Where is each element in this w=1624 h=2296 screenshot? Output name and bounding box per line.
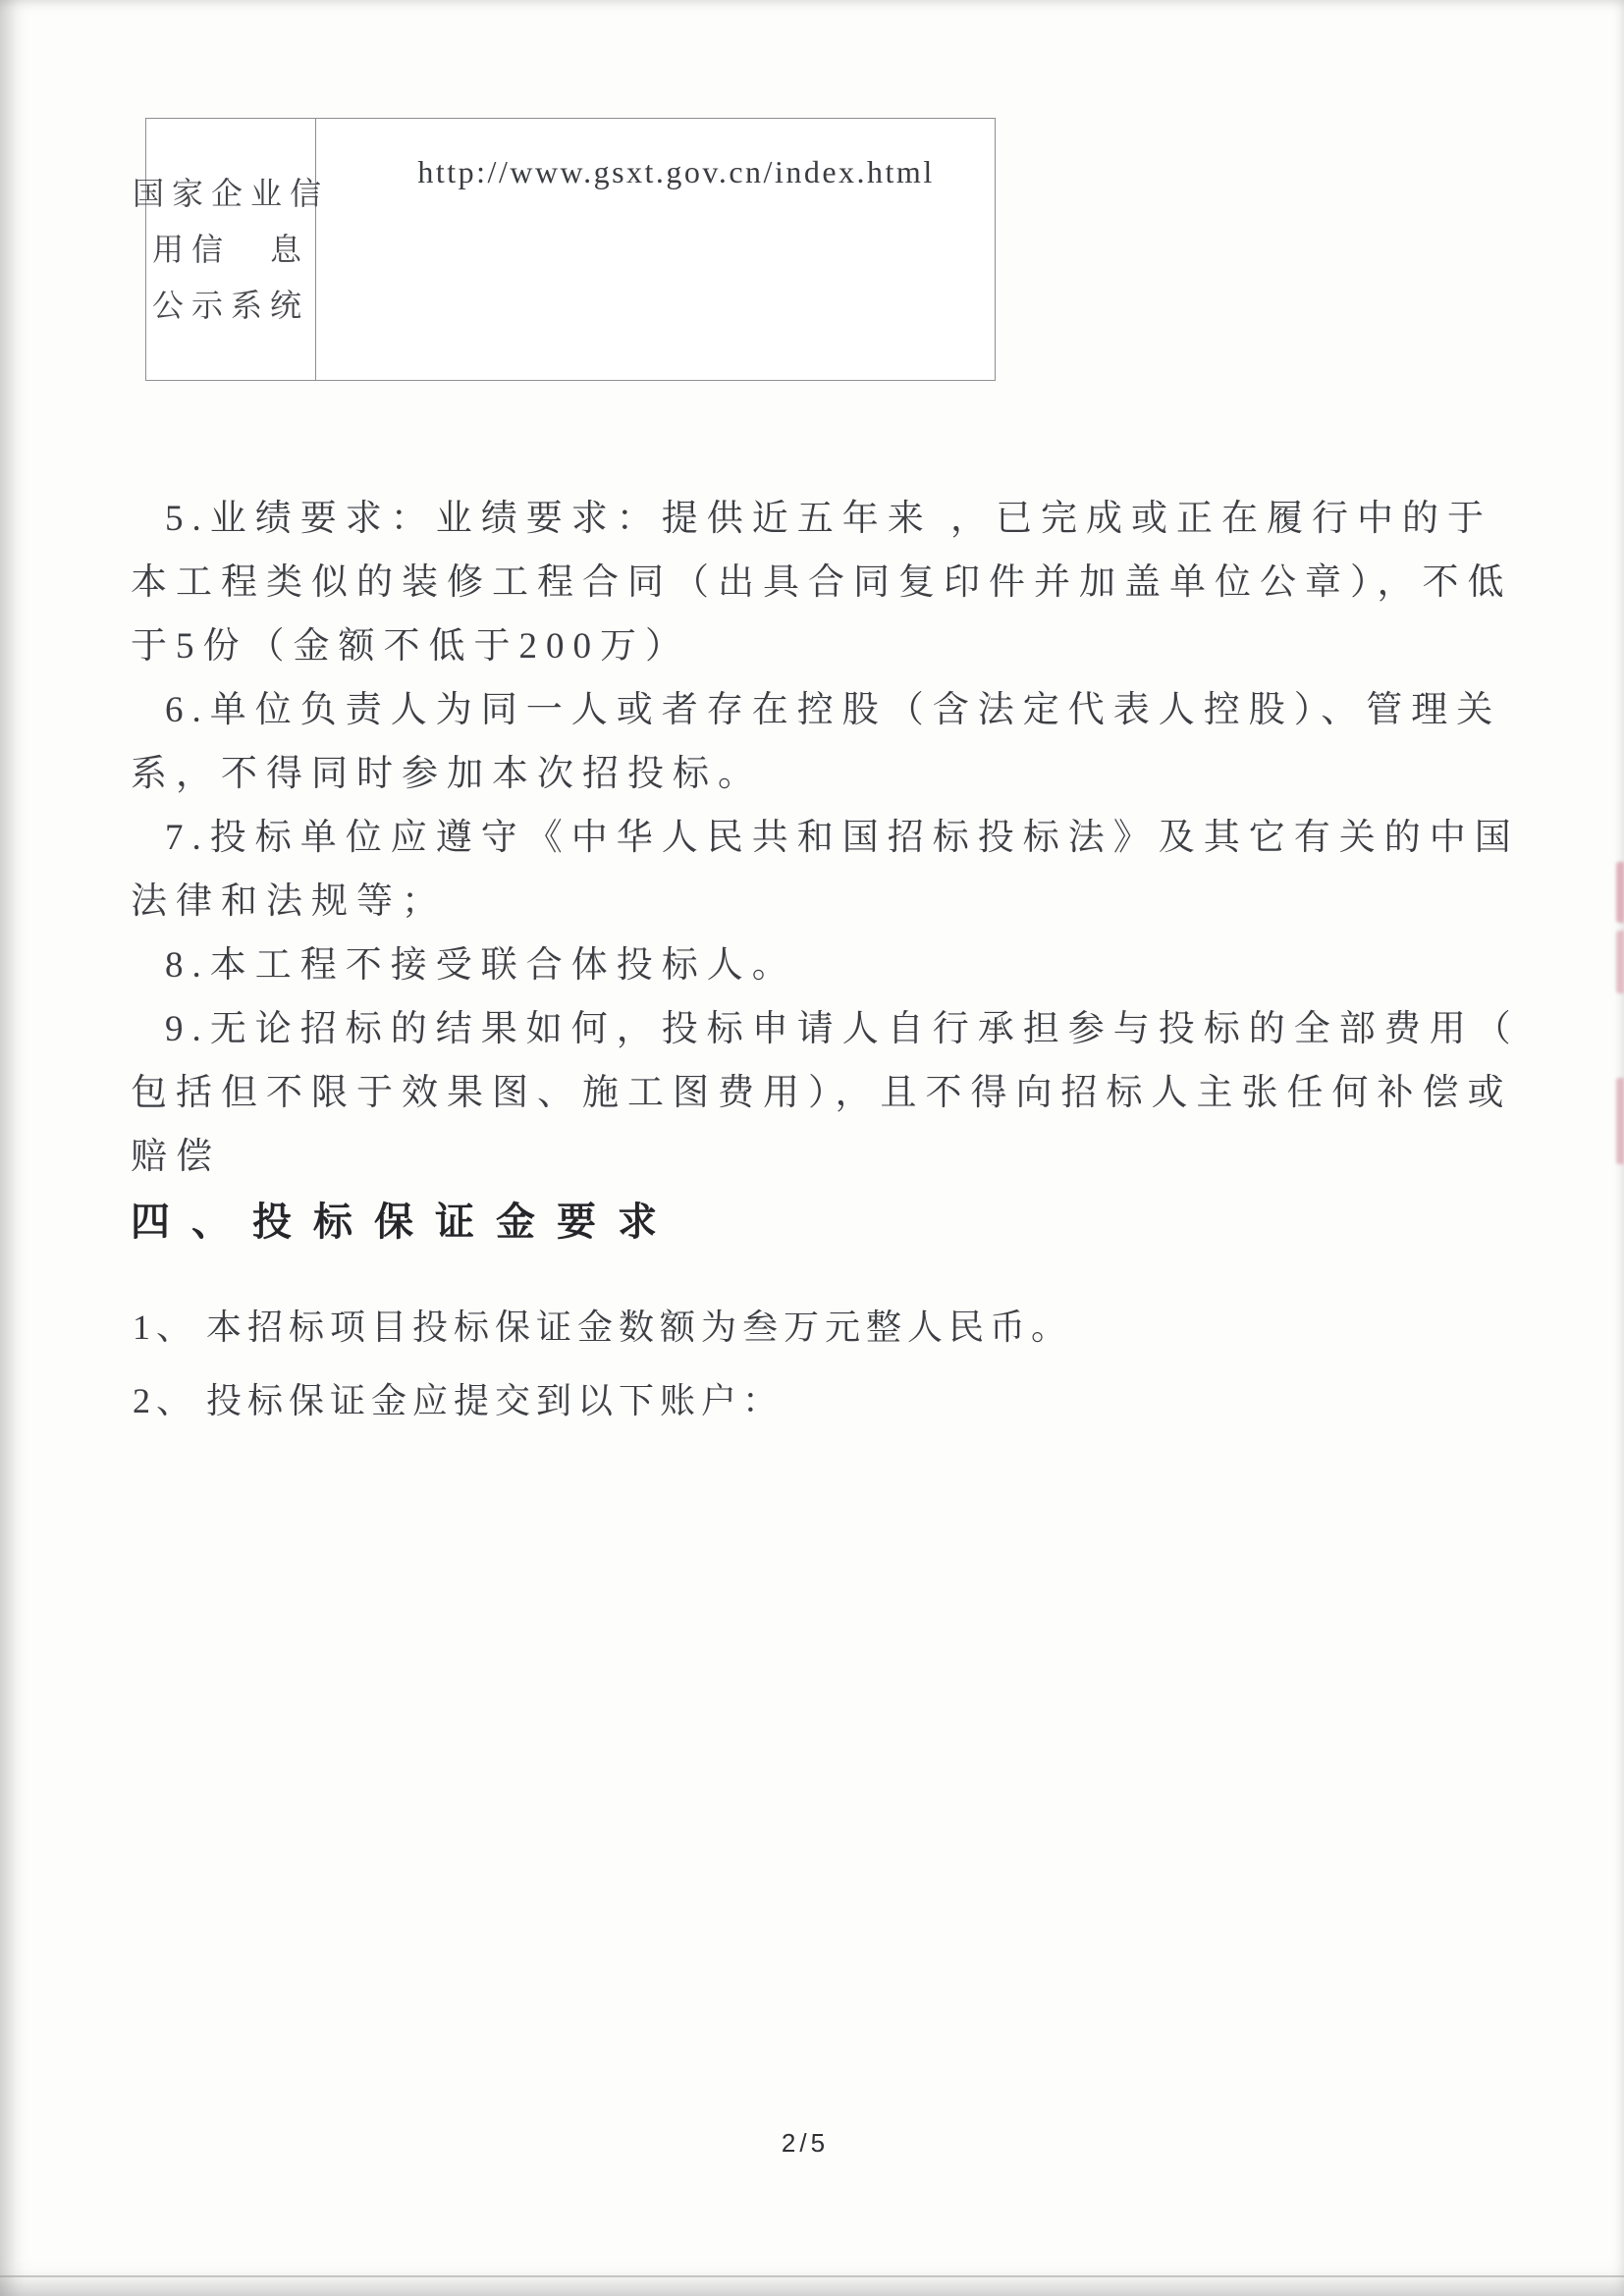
- body-line: 5.业绩要求：业绩要求：提供近五年来 ，已完成或正在履行中的于: [131, 487, 1525, 551]
- table-url-cell: http://www.gsxt.gov.cn/index.html: [316, 119, 995, 380]
- body-line: 9.无论招标的结果如何，投标申请人自行承担参与投标的全部费用（: [131, 997, 1525, 1061]
- section-heading-deposit-requirements: 四、投标保证金要求: [131, 1190, 678, 1255]
- page-number: 2/5: [0, 2128, 1610, 2159]
- deposit-item-text: 投标保证金应提交到以下账户：: [206, 1381, 784, 1420]
- table-row-label-cell: 国家企业信 用信 息 公示系统: [146, 119, 316, 380]
- stamp-bleed-mark: [1616, 862, 1624, 923]
- body-line: 6.单位负责人为同一人或者存在控股（含法定代表人控股）、管理关: [131, 678, 1525, 742]
- body-line: 赔偿: [131, 1125, 1525, 1189]
- body-line: 系，不得同时参加本次招投标。: [131, 742, 1525, 806]
- body-line: 法律和法规等；: [131, 870, 1525, 934]
- stamp-bleed-mark: [1616, 931, 1624, 993]
- scan-edge-line: [0, 2275, 1624, 2277]
- row-label-line: 公示系统: [152, 278, 309, 334]
- row-label-line: 用信 息: [152, 222, 309, 278]
- notice-body: 5.业绩要求：业绩要求：提供近五年来 ，已完成或正在履行中的于 本工程类似的装修…: [131, 487, 1525, 1189]
- body-line: 本工程类似的装修工程合同（出具合同复印件并加盖单位公章），不低: [131, 551, 1525, 614]
- deposit-item: 1、本招标项目投标保证金数额为叁万元整人民币。: [133, 1298, 1072, 1357]
- body-line: 8.本工程不接受联合体投标人。: [131, 934, 1525, 997]
- stamp-bleed-mark: [1616, 1078, 1624, 1164]
- body-line: 包括但不限于效果图、施工图费用），且不得向招标人主张任何补偿或: [131, 1061, 1525, 1125]
- deposit-item-number: 1、: [133, 1298, 206, 1357]
- body-line: 7.投标单位应遵守《中华人民共和国招标投标法》及其它有关的中国: [131, 806, 1525, 870]
- credit-info-table: 国家企业信 用信 息 公示系统 http://www.gsxt.gov.cn/i…: [145, 118, 996, 381]
- gsxt-url-text: http://www.gsxt.gov.cn/index.html: [417, 154, 934, 190]
- row-label-line: 国家企业信: [133, 166, 329, 222]
- body-line: 于5份（金额不低于200万）: [131, 614, 1525, 678]
- deposit-item-text: 本招标项目投标保证金数额为叁万元整人民币。: [206, 1308, 1072, 1347]
- deposit-item-number: 2、: [133, 1371, 206, 1430]
- scanned-document-page: 国家企业信 用信 息 公示系统 http://www.gsxt.gov.cn/i…: [0, 0, 1624, 2296]
- deposit-item: 2、投标保证金应提交到以下账户：: [133, 1371, 784, 1430]
